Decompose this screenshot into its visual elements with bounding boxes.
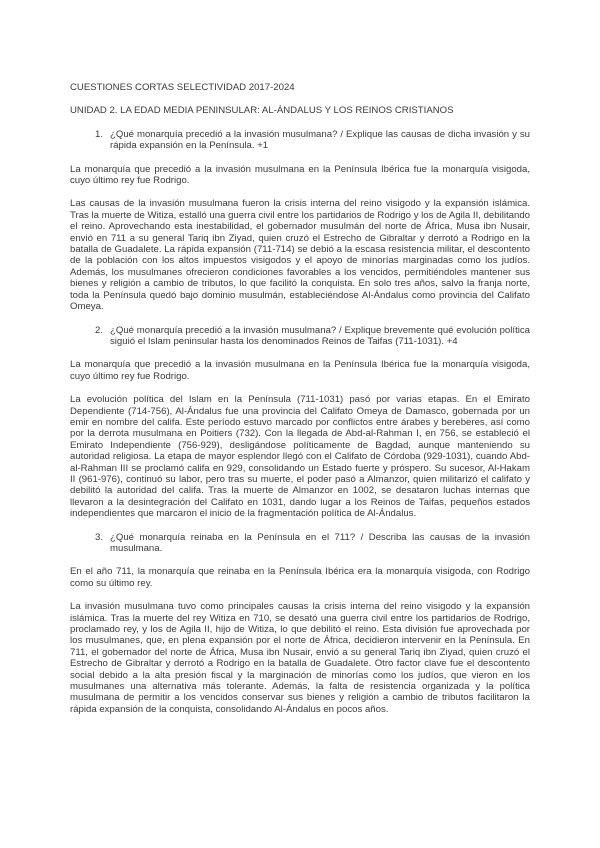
unit-heading: UNIDAD 2. LA EDAD MEDIA PENINSULAR: AL-Á…	[70, 105, 530, 116]
answer-paragraph-2a: La monarquía que precedió a la invasión …	[70, 359, 530, 382]
document-title: CUESTIONES CORTAS SELECTIVIDAD 2017-2024	[70, 82, 530, 93]
question-number-3: 3.	[95, 532, 110, 543]
answer-paragraph-2b: La evolución política del Islam en la Pe…	[70, 394, 530, 519]
question-item-2: 2. ¿Qué monarquía precedió a la invasión…	[70, 325, 530, 348]
question-item-1: 1. ¿Qué monarquía precedió a la invasión…	[70, 129, 530, 152]
answer-paragraph-1a: La monarquía que precedió a la invasión …	[70, 164, 530, 187]
answer-paragraph-1b: Las causas de la invasión musulmana fuer…	[70, 198, 530, 312]
document-page: CUESTIONES CORTAS SELECTIVIDAD 2017-2024…	[0, 0, 600, 848]
question-text-1: ¿Qué monarquía precedió a la invasión mu…	[110, 129, 530, 152]
question-number-2: 2.	[95, 325, 110, 336]
answer-paragraph-3a: En el año 711, la monarquía que reinaba …	[70, 566, 530, 589]
question-number-1: 1.	[95, 129, 110, 140]
question-text-2: ¿Qué monarquía precedió a la invasión mu…	[110, 325, 530, 348]
question-item-3: 3. ¿Qué monarquía reinaba en la Penínsul…	[70, 532, 530, 555]
answer-paragraph-3b: La invasión musulmana tuvo como principa…	[70, 601, 530, 715]
question-text-3: ¿Qué monarquía reinaba en la Península e…	[110, 532, 530, 555]
